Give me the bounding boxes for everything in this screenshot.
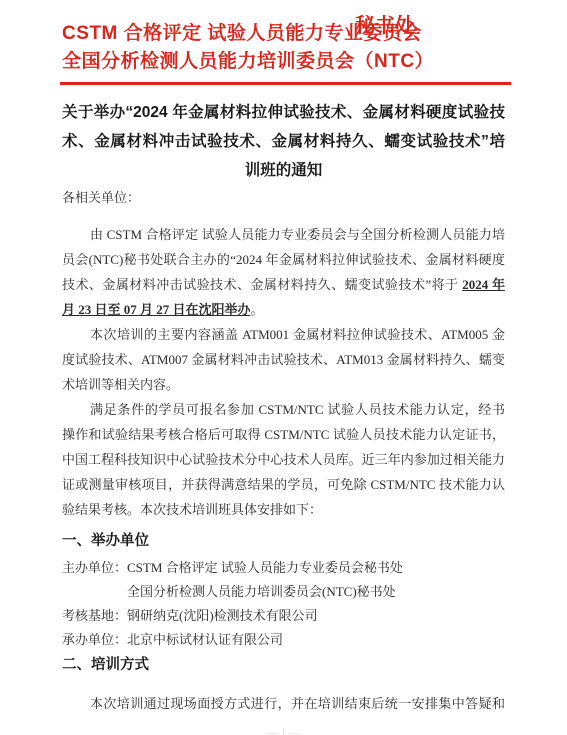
text-segment: 操作和试验结果考核合格后可取得 CSTM/NTC 试验人员技术能力认定证书，并纳… [62,427,505,447]
section-item: 考核基地：钢研纳克(沈阳)检测技术有限公司 [62,604,505,628]
item-value: 北京中标试材认证有限公司 [127,632,283,647]
letterhead-line2: 全国分析检测人员能力培训委员会（NTC） [62,48,505,76]
letterhead-line1: CSTM 合格评定 试验人员能力专业委员会 [62,20,505,48]
paragraph-line: 验结果考核。本次技术培训班具体安排如下： [62,497,505,522]
document-page: CSTM 合格评定 试验人员能力专业委员会 全国分析检测人员能力培训委员会（NT… [0,0,567,735]
paragraph-line: 证或测量审核项目，并获得满意结果的学员，可免除 CSTM/NTC 技术能力认定中… [62,472,505,497]
title-line: 关于举办“2024 年金属材料拉伸试验技术、金属材料硬度试验技 [62,98,505,127]
page-number: — 1 — [0,726,567,735]
paragraph-line: 中国工程科技知识中心试验技术分中心技术人员库。近三年内参加过相关能力验 [62,447,505,472]
title-line: 训班的通知 [62,156,505,185]
item-value: 钢研纳克(沈阳)检测技术有限公司 [127,608,318,623]
item-label: 承办单位： [62,632,127,647]
section-heading: 二、培训方式 [62,653,505,677]
text-segment: 本次培训的主要内容涵盖 ATM001 金属材料拉伸试验技术、ATM005 金属材… [62,327,505,347]
text-segment: 度试验技术、ATM007 金属材料冲击试验技术、ATM013 金属材料持久、蠕变… [62,352,505,372]
text-segment: 员会(NTC)秘书处联合主办的“2024 年金属材料拉伸试验技术、金属材料硬度试… [62,252,505,272]
paragraph-line: 由 CSTM 合格评定 试验人员能力专业委员会与全国分析检测人员能力培训委 [62,222,505,247]
section-paragraph: 本次培训通过现场面授方式进行，并在培训结束后统一安排集中答疑和考前 [62,691,505,716]
paragraph: 满足条件的学员可报名参加 CSTM/NTC 试验人员技术能力认定，经书面、实际操… [62,397,505,522]
text-segment: 技术、金属材料冲击试验技术、金属材料持久、蠕变试验技术”将于 [62,277,462,292]
body-paragraphs: 由 CSTM 合格评定 试验人员能力专业委员会与全国分析检测人员能力培训委员会(… [62,222,505,522]
item-value: 全国分析检测人员能力培训委员会(NTC)秘书处 [127,584,396,599]
paragraph-line: 技术、金属材料冲击试验技术、金属材料持久、蠕变试验技术”将于 2024 年 07 [62,272,505,297]
letterhead: CSTM 合格评定 试验人员能力专业委员会 全国分析检测人员能力培训委员会（NT… [62,20,505,76]
salutation: 各相关单位： [62,187,505,209]
paragraph-line: 月 23 日至 07 月 27 日在沈阳举办。 [62,297,505,322]
section-item: 承办单位：北京中标试材认证有限公司 [62,628,505,652]
paragraph-line: 术培训等相关内容。 [62,372,505,397]
item-label: 主办单位： [62,560,127,575]
section-heading: 一、举办单位 [62,529,505,553]
emphasized-text: 月 23 日至 07 月 27 日在沈阳举办 [62,302,251,317]
text-segment: 术培训等相关内容。 [62,377,179,392]
sections: 一、举办单位主办单位：CSTM 合格评定 试验人员能力专业委员会秘书处全国分析检… [62,529,505,716]
text-segment: 满足条件的学员可报名参加 CSTM/NTC 试验人员技术能力认定，经书面、实际 [62,402,505,422]
title-line: 术、金属材料冲击试验技术、金属材料持久、蠕变试验技术”培 [62,127,505,156]
paragraph-line: 本次培训的主要内容涵盖 ATM001 金属材料拉伸试验技术、ATM005 金属材… [62,322,505,347]
text-segment: 验结果考核。本次技术培训班具体安排如下： [62,502,322,517]
paragraph-line: 满足条件的学员可报名参加 CSTM/NTC 试验人员技术能力认定，经书面、实际 [62,397,505,422]
section-item: 全国分析检测人员能力培训委员会(NTC)秘书处 [62,580,505,604]
secretariat-label: 秘书处 [355,15,415,37]
notice-title: 关于举办“2024 年金属材料拉伸试验技术、金属材料硬度试验技术、金属材料冲击试… [62,98,505,185]
letterhead-divider [60,82,511,85]
paragraph: 由 CSTM 合格评定 试验人员能力专业委员会与全国分析检测人员能力培训委员会(… [62,222,505,322]
section-item-list: 主办单位：CSTM 合格评定 试验人员能力专业委员会秘书处全国分析检测人员能力培… [62,556,505,652]
text-segment: 证或测量审核项目，并获得满意结果的学员，可免除 CSTM/NTC 技术能力认定中… [62,477,505,497]
paragraph-line: 操作和试验结果考核合格后可取得 CSTM/NTC 试验人员技术能力认定证书，并纳… [62,422,505,447]
text-segment: 本次培训通过现场面授方式进行，并在培训结束后统一安排集中答疑和考前 [62,696,505,716]
text-segment: 由 CSTM 合格评定 试验人员能力专业委员会与全国分析检测人员能力培训委 [62,227,505,247]
text-segment: 。 [251,302,264,317]
paragraph-line: 度试验技术、ATM007 金属材料冲击试验技术、ATM013 金属材料持久、蠕变… [62,347,505,372]
paragraph: 本次培训的主要内容涵盖 ATM001 金属材料拉伸试验技术、ATM005 金属材… [62,322,505,397]
paragraph-line: 员会(NTC)秘书处联合主办的“2024 年金属材料拉伸试验技术、金属材料硬度试… [62,247,505,272]
item-value: CSTM 合格评定 试验人员能力专业委员会秘书处 [127,560,403,575]
item-label: 考核基地： [62,608,127,623]
text-segment: 中国工程科技知识中心试验技术分中心技术人员库。近三年内参加过相关能力验 [62,452,505,472]
paragraph-line: 本次培训通过现场面授方式进行，并在培训结束后统一安排集中答疑和考前 [62,691,505,716]
section-item: 主办单位：CSTM 合格评定 试验人员能力专业委员会秘书处 [62,556,505,580]
